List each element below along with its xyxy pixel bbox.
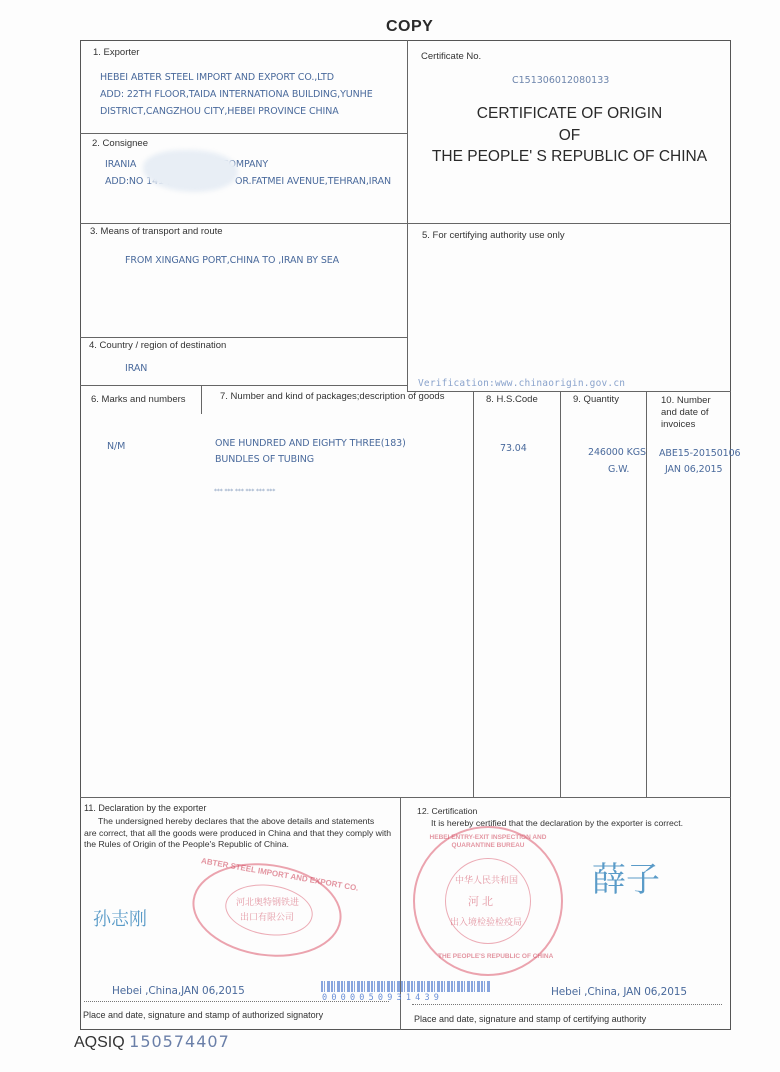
exporter-place-date: Hebei ,China,JAN 06,2015 [112,983,245,999]
authority-place-date: Hebei ,China, JAN 06,2015 [551,984,687,1000]
header-hs-code: 8. H.S.Code [486,394,538,406]
declaration-label: 11. Declaration by the exporter [84,802,206,814]
invoice-number: ABE15-20150106 [659,446,741,462]
authority-signature-line [412,1004,722,1005]
description-end-marker: *** *** *** *** *** *** [214,484,275,500]
authority-signature: 薛子 [592,852,660,901]
certification-text-block: 12. Certification It is hereby certified… [417,806,683,829]
hs-code-value: 73.04 [500,441,527,457]
description-line2: BUNDLES OF TUBING [215,452,314,468]
header-invoice-2: and date of [661,407,709,419]
invoice-date: JAN 06,2015 [665,462,722,478]
authority-seal-inner-line2: 河 北 [468,893,493,909]
certificate-no-label: Certificate No. [421,51,481,63]
exporter-label: 1. Exporter [93,47,139,59]
marks-value: N/M [107,439,125,455]
divider-col9-col10 [646,391,647,798]
divider-table-declaration [80,797,731,798]
certificate-title-line3: THE PEOPLE' S REPUBLIC OF CHINA [408,147,731,167]
exporter-address-2: DISTRICT,CANGZHOU CITY,HEBEI PROVINCE CH… [100,104,339,120]
authority-footer-label: Place and date, signature and stamp of c… [414,1013,646,1025]
divider-col8-col9 [560,391,561,798]
header-invoice-3: invoices [661,419,695,431]
aqsiq-number: 150574407 [129,1032,230,1051]
divider-box4-table [80,385,408,386]
divider-top-vertical [407,40,408,391]
authority-seal-inner-line1: 中华人民共和国 [455,873,518,886]
certificate-title-line1: CERTIFICATE OF ORIGIN [408,104,731,124]
transport-route: FROM XINGANG PORT,CHINA TO ,IRAN BY SEA [125,253,339,269]
certification-label: 12. Certification [417,806,683,818]
divider-box5-table [407,391,731,392]
divider-box2-box3 [80,223,731,224]
declaration-text: The undersigned hereby declares that the… [84,816,402,851]
destination-label: 4. Country / region of destination [89,340,226,352]
header-marks: 6. Marks and numbers [91,394,186,406]
authority-seal-inner-line3: 出入境检验检疫局 [450,915,522,928]
barcode [321,981,491,992]
destination-country: IRAN [125,361,147,377]
declaration-text-rest: are correct, that all the goods were pro… [84,828,402,851]
exporter-signature: 孙志刚 [93,905,147,931]
authority-seal-bottom-text: THE PEOPLE'S REPUBLIC OF CHINA [438,953,553,960]
description-line1: ONE HUNDRED AND EIGHTY THREE(183) [215,436,406,452]
certificate-title-line2: OF [408,126,731,146]
exporter-name: HEBEI ABTER STEEL IMPORT AND EXPORT CO.,… [100,70,334,86]
consignee-name-left: IRANIA [105,157,136,173]
divider-box3-box4 [80,337,408,338]
consignee-address-right: OR.FATMEI AVENUE,TEHRAN,IRAN [235,174,391,190]
divider-box1-box2 [80,133,408,134]
exporter-footer-label: Place and date, signature and stamp of a… [83,1009,323,1021]
transport-label: 3. Means of transport and route [90,226,223,238]
aqsiq-serial: AQSIQ 150574407 [74,1032,230,1052]
exporter-stamp-inner-line1: 河北奥特钢铁进 [236,895,299,908]
aqsiq-label: AQSIQ [74,1034,125,1051]
certifying-authority-label: 5. For certifying authority use only [422,230,565,242]
header-quantity: 9. Quantity [573,394,619,406]
authority-seal-outer-text: HEBEI ENTRY-EXIT INSPECTION AND QUARANTI… [425,834,551,850]
quantity-unit: G.W. [608,462,629,478]
exporter-stamp-inner-line2: 出口有限公司 [240,910,294,923]
copy-label: COPY [386,18,433,36]
declaration-text-first: The undersigned hereby declares that the… [84,816,402,828]
divider-col6-col7 [201,386,202,414]
certificate-no: C151306012080133 [512,75,609,86]
header-description: 7. Number and kind of packages;descripti… [220,391,444,403]
consignee-label: 2. Consignee [92,138,148,150]
quantity-value: 246000 KGS [588,445,646,461]
exporter-address-1: ADD: 22TH FLOOR,TAIDA INTERNATIONA BUILD… [100,87,373,103]
verification-url: Verification:www.chinaorigin.gov.cn [418,378,625,389]
certification-text: It is hereby certified that the declarat… [417,818,683,830]
barcode-number: 0000050931439 [322,993,443,1003]
header-invoice-1: 10. Number [661,395,711,407]
divider-col7-col8 [473,391,474,798]
